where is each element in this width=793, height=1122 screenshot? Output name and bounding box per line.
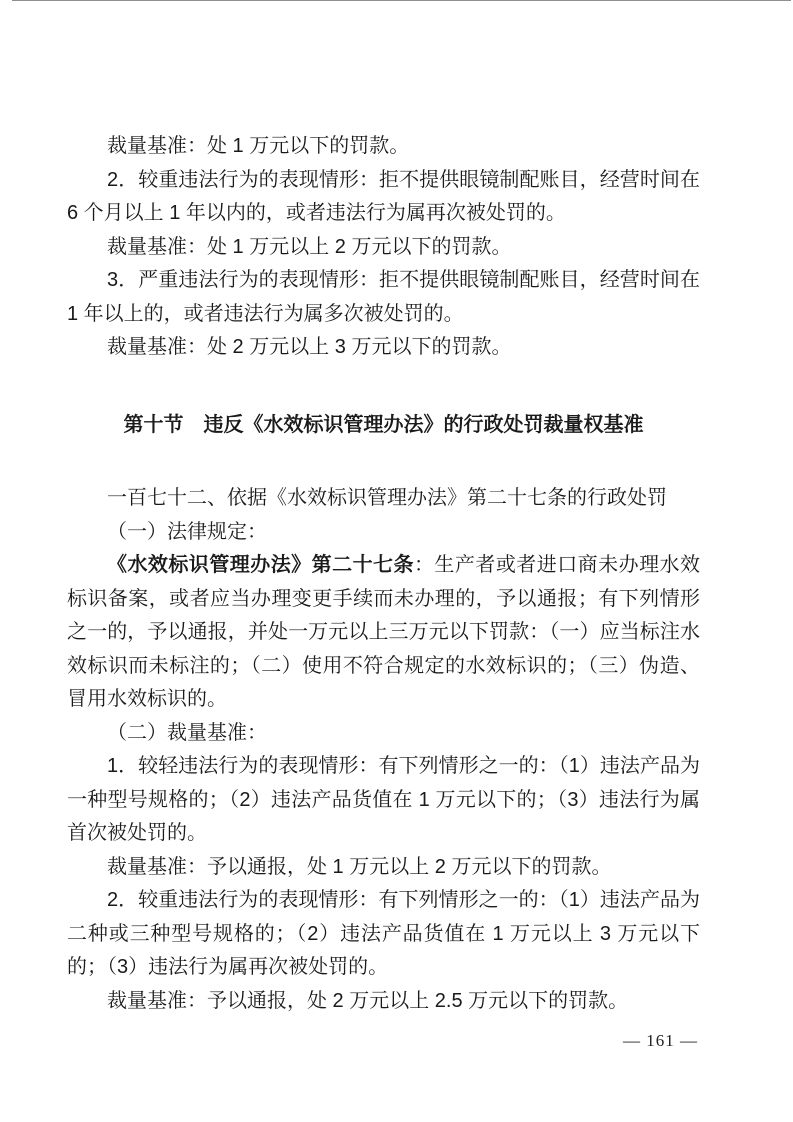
law-article-text: ：生产者或者进口商未办理水效标识备案，或者应当办理变更手续而未办理的，予以通报；… — [67, 554, 700, 710]
paragraph-penalty-basis: 裁量基准：予以通报，处 1 万元以上 2 万元以下的罚款。 — [67, 851, 700, 885]
law-article-citation: 《水效标识管理办法》第二十七条 — [107, 554, 414, 576]
paragraph-violation-severe: 3．严重违法行为的表现情形：拒不提供眼镜制配账目，经营时间在 1 年以上的，或者… — [67, 264, 700, 331]
paragraph-law-article: 《水效标识管理办法》第二十七条：生产者或者进口商未办理水效标识备案，或者应当办理… — [67, 549, 700, 717]
paragraph-violation-moderate: 2．较重违法行为的表现情形：有下列情形之一的：（1）违法产品为二种或三种型号规格… — [67, 884, 700, 985]
scan-top-edge-line — [12, 0, 791, 1]
paragraph-penalty-basis: 裁量基准：处 1 万元以下的罚款。 — [67, 130, 700, 164]
item-heading: 一百七十二、依据《水效标识管理办法》第二十七条的行政处罚 — [67, 482, 700, 516]
paragraph-violation-light: 1．较轻违法行为的表现情形：有下列情形之一的：（1）违法产品为一种型号规格的；（… — [67, 750, 700, 851]
paragraph-legal-provision-label: （一）法律规定： — [67, 516, 700, 550]
paragraph-discretion-basis-label: （二）裁量基准： — [67, 717, 700, 751]
paragraph-penalty-basis: 裁量基准：处 1 万元以上 2 万元以下的罚款。 — [67, 231, 700, 265]
document-body: 裁量基准：处 1 万元以下的罚款。 2．较重违法行为的表现情形：拒不提供眼镜制配… — [67, 130, 700, 1018]
paragraph-penalty-basis: 裁量基准：处 2 万元以上 3 万元以下的罚款。 — [67, 331, 700, 365]
paragraph-violation-moderate: 2．较重违法行为的表现情形：拒不提供眼镜制配账目，经营时间在 6 个月以上 1 … — [67, 164, 700, 231]
paragraph-penalty-basis: 裁量基准：予以通报，处 2 万元以上 2.5 万元以下的罚款。 — [67, 985, 700, 1019]
document-page: 裁量基准：处 1 万元以下的罚款。 2．较重违法行为的表现情形：拒不提供眼镜制配… — [0, 0, 793, 1122]
section-heading: 第十节 违反《水效标识管理办法》的行政处罚裁量权基准 — [67, 409, 700, 443]
page-number: — 161 — — [623, 1031, 698, 1051]
